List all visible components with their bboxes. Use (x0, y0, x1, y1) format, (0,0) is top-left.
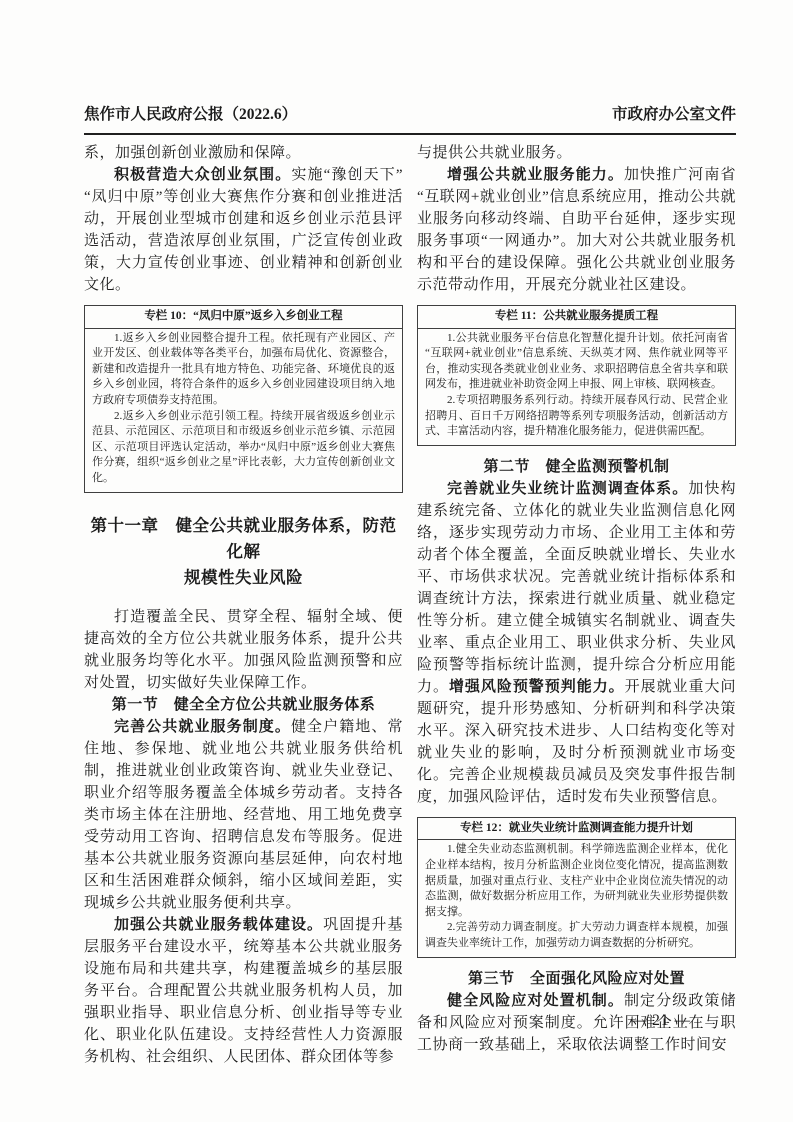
page-number: — 21 — (631, 1012, 691, 1030)
body-paragraph: 增强公共就业服务能力。加快推广河南省“互联网+就业创业”信息系统应用，推动公共就… (417, 164, 736, 296)
paragraph-lead: 加强公共就业服务载体建设。 (114, 917, 323, 933)
paragraph-text: 加快构建系统完备、立体化的就业失业监测信息化网络，逐步实现劳动力市场、企业用工主… (417, 481, 736, 695)
section-heading-3: 第三节 全面强化风险应对处置 (417, 968, 736, 990)
callout-item-1: 1.健全失业动态监测机制。科学筛选监测企业样本，优化企业样本结构，按月分析监测企… (425, 842, 728, 920)
callout-box-11-title: 专栏 11：公共就业服务提质工程 (418, 306, 735, 329)
callout-item-2: 2.返乡入乡创业示范引领工程。持续开展省级返乡创业示范县、示范园区、示范项目和市… (92, 409, 395, 487)
paragraph-lead: 健全风险应对处置机制。 (447, 993, 624, 1009)
chapter-heading-line1: 第十一章 健全公共就业服务体系，防范化解 (84, 513, 403, 565)
paragraph-text: 实施“豫创天下”“凤归中原”等创业大赛焦作分赛和创业推进活动，开展创业型城市创建… (84, 167, 403, 293)
page-content: 焦作市人民政府公报（2022.6） 市政府办公室文件 系，加强创新创业激励和保障… (84, 102, 736, 1068)
body-paragraph: 完善就业失业统计监测调查体系。加快构建系统完备、立体化的就业失业监测信息化网络，… (417, 478, 736, 808)
chapter-heading-line2: 规模性失业风险 (84, 565, 403, 591)
callout-box-10-body: 1.返乡入乡创业园整合提升工程。依托现有产业园区、产业开发区、创业载体等各类平台… (85, 329, 402, 492)
callout-box-10-title: 专栏 10：“凤归中原”返乡入乡创业工程 (85, 306, 402, 329)
callout-box-11-body: 1.公共就业服务平台信息化智慧化提升计划。依托河南省“互联网+就业创业”信息系统… (418, 329, 735, 445)
paragraph-lead: 完善就业失业统计监测调查体系。 (447, 481, 688, 497)
callout-box-12-body: 1.健全失业动态监测机制。科学筛选监测企业样本，优化企业样本结构，按月分析监测企… (418, 840, 735, 956)
paragraph-text: 加快推广河南省“互联网+就业创业”信息系统应用，推动公共就业服务向移动终端、自助… (417, 167, 736, 293)
callout-item-2: 2.专项招聘服务系列行动。持续开展春风行动、民营企业招聘月、百日千万网络招聘等系… (425, 393, 728, 440)
header-right-title: 市政府办公室文件 (612, 102, 736, 124)
section-heading-1: 第一节 健全全方位公共就业服务体系 (84, 694, 403, 716)
callout-box-11: 专栏 11：公共就业服务提质工程 1.公共就业服务平台信息化智慧化提升计划。依托… (417, 305, 736, 446)
paragraph-text: 开展就业重大问题研究，提升形势感知、分析研判和科学决策水平。深入研究技术进步、人… (417, 679, 736, 805)
right-column: 与提供公共就业服务。 增强公共就业服务能力。加快推广河南省“互联网+就业创业”信… (417, 142, 736, 1068)
page-header: 焦作市人民政府公报（2022.6） 市政府办公室文件 (84, 102, 736, 135)
body-paragraph: 加强公共就业服务载体建设。巩固提升基层服务平台建设水平，统筹基本公共就业服务设施… (84, 914, 403, 1068)
callout-item-2: 2.完善劳动力调查制度。扩大劳动力调查样本规模，加强调查失业率统计工作，加强劳动… (425, 920, 728, 951)
callout-item-1: 1.公共就业服务平台信息化智慧化提升计划。依托河南省“互联网+就业创业”信息系统… (425, 331, 728, 393)
paragraph-lead: 增强公共就业服务能力。 (447, 167, 624, 183)
body-paragraph: 打造覆盖全民、贯穿全程、辐射全域、便捷高效的全方位公共就业服务体系，提升公共就业… (84, 606, 403, 694)
paragraph-lead: 完善公共就业服务制度。 (114, 719, 291, 735)
body-paragraph-continuation: 与提供公共就业服务。 (417, 142, 736, 164)
paragraph-text: 健全户籍地、常住地、参保地、就业地公共就业服务供给机制，推进就业创业政策咨询、就… (84, 719, 403, 911)
two-column-body: 系，加强创新创业激励和保障。 积极营造大众创业氛围。实施“豫创天下”“凤归中原”… (84, 142, 736, 1068)
chapter-heading: 第十一章 健全公共就业服务体系，防范化解 规模性失业风险 (84, 513, 403, 591)
callout-box-12-title: 专栏 12：就业失业统计监测调查能力提升计划 (418, 818, 735, 841)
callout-item-1: 1.返乡入乡创业园整合提升工程。依托现有产业园区、产业开发区、创业载体等各类平台… (92, 331, 395, 409)
section-heading-2: 第二节 健全监测预警机制 (417, 456, 736, 478)
left-column: 系，加强创新创业激励和保障。 积极营造大众创业氛围。实施“豫创天下”“凤归中原”… (84, 142, 403, 1068)
paragraph-lead: 增强风险预警预判能力。 (449, 679, 625, 695)
header-left-title: 焦作市人民政府公报（2022.6） (84, 102, 297, 124)
paragraph-text: 巩固提升基层服务平台建设水平，统筹基本公共就业服务设施布局和共建共享，构建覆盖城… (84, 917, 403, 1065)
gazette-document-page: 焦作市人民政府公报（2022.6） 市政府办公室文件 系，加强创新创业激励和保障… (0, 0, 793, 1122)
paragraph-lead: 积极营造大众创业氛围。 (114, 167, 291, 183)
callout-box-12: 专栏 12：就业失业统计监测调查能力提升计划 1.健全失业动态监测机制。科学筛选… (417, 817, 736, 958)
body-paragraph: 积极营造大众创业氛围。实施“豫创天下”“凤归中原”等创业大赛焦作分赛和创业推进活… (84, 164, 403, 296)
body-paragraph: 完善公共就业服务制度。健全户籍地、常住地、参保地、就业地公共就业服务供给机制，推… (84, 716, 403, 914)
body-paragraph-continuation: 系，加强创新创业激励和保障。 (84, 142, 403, 164)
callout-box-10: 专栏 10：“凤归中原”返乡入乡创业工程 1.返乡入乡创业园整合提升工程。依托现… (84, 305, 403, 493)
